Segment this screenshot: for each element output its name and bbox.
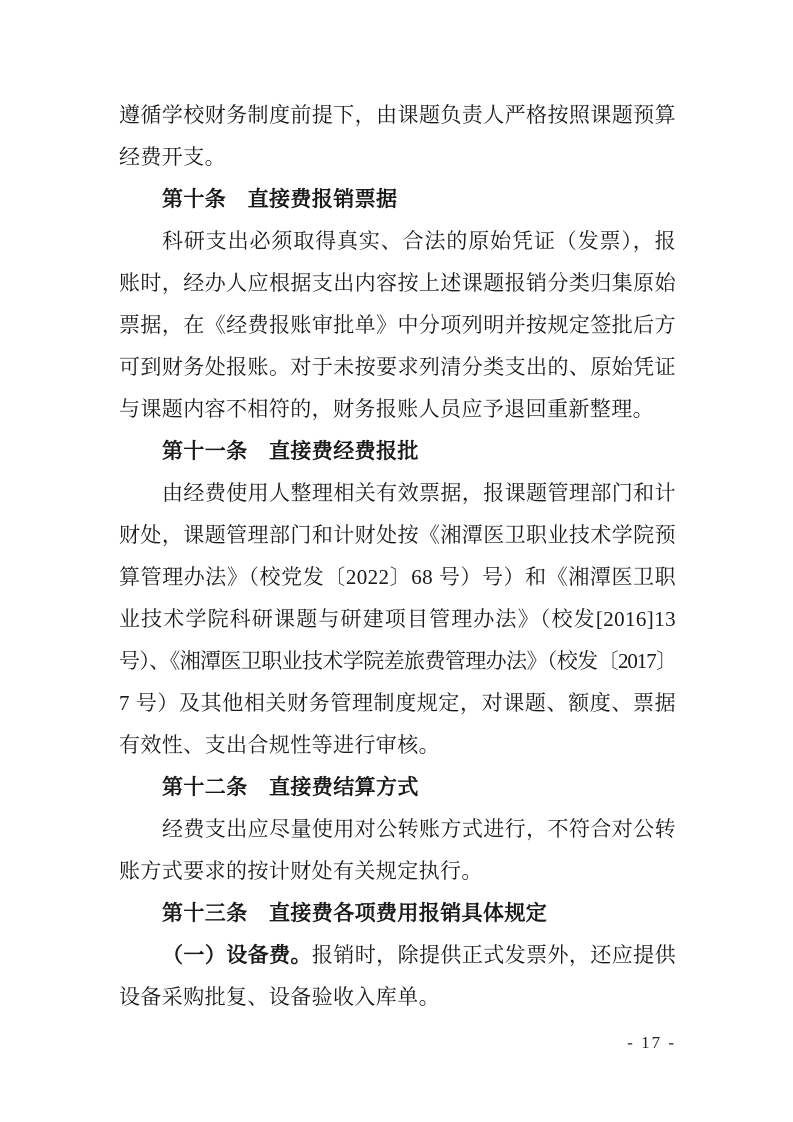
text-line: 账时，经办人应根据支出内容按上述课题报销分类归集原始 [119,262,676,304]
text-run: 设备采购批复、设备验收入库单。 [119,985,440,1009]
text-line: 设备采购批复、设备验收入库单。 [119,976,676,1018]
text-run: 财处，课题管理部门和计财处按《湘潭医卫职业技术学院预 [119,523,676,547]
text-line: 号）、《湘潭医卫职业技术学院差旅费管理办法》（校发〔2017〕 [119,640,676,682]
document-page: 遵循学校财务制度前提下，由课题负责人严格按照课题预算经费开支。第十条 直接费报销… [0,0,793,1122]
text-line: 算管理办法》（校党发〔2022〕68 号）号）和《湘潭医卫职 [119,556,676,598]
text-line: 经费支出应尽量使用对公转账方式进行，不符合对公转 [119,808,676,850]
text-line: 财处，课题管理部门和计财处按《湘潭医卫职业技术学院预 [119,514,676,556]
text-line: 科研支出必须取得真实、合法的原始凭证（发票），报 [119,220,676,262]
text-line: 第十条 直接费报销票据 [119,178,676,220]
text-run-bold: （一）设备费。 [162,943,312,967]
text-line: 可到财务处报账。对于未按要求列清分类支出的、原始凭证 [119,346,676,388]
document-body: 遵循学校财务制度前提下，由课题负责人严格按照课题预算经费开支。第十条 直接费报销… [119,94,676,1018]
text-run: 业技术学院科研课题与研建项目管理办法》（校发[2016]13 [119,607,676,631]
text-run-bold: 第十三条 直接费各项费用报销具体规定 [162,901,547,925]
text-run: 经费开支。 [119,145,226,169]
page-number: - 17 - [119,1033,676,1053]
text-run: 报销时，除提供正式发票外，还应提供 [312,943,676,967]
text-run: 遵循学校财务制度前提下，由课题负责人严格按照课题预算 [119,103,676,127]
text-run: 经费支出应尽量使用对公转账方式进行，不符合对公转 [162,817,676,841]
text-run: 由经费使用人整理相关有效票据，报课题管理部门和计 [162,481,676,505]
text-run-bold: 第十条 直接费报销票据 [162,187,397,211]
text-line: 第十三条 直接费各项费用报销具体规定 [119,892,676,934]
text-run: 有效性、支出合规性等进行审核。 [119,733,440,757]
text-run: 票据，在《经费报账审批单》中分项列明并按规定签批后方 [119,313,676,337]
text-line: 账方式要求的按计财处有关规定执行。 [119,850,676,892]
text-run: 科研支出必须取得真实、合法的原始凭证（发票），报 [162,229,676,253]
text-run: 算管理办法》（校党发〔2022〕68 号）号）和《湘潭医卫职 [119,565,676,589]
text-line: 遵循学校财务制度前提下，由课题负责人严格按照课题预算 [119,94,676,136]
text-run: 7 号）及其他相关财务管理制度规定，对课题、额度、票据 [119,691,676,715]
text-run: 账时，经办人应根据支出内容按上述课题报销分类归集原始 [119,271,676,295]
text-run: 账方式要求的按计财处有关规定执行。 [119,859,483,883]
text-run-bold: 第十一条 直接费经费报批 [162,439,419,463]
text-line: 有效性、支出合规性等进行审核。 [119,724,676,766]
text-line: 票据，在《经费报账审批单》中分项列明并按规定签批后方 [119,304,676,346]
text-line: 第十二条 直接费结算方式 [119,766,676,808]
text-line: 与课题内容不相符的，财务报账人员应予退回重新整理。 [119,388,676,430]
text-line: 7 号）及其他相关财务管理制度规定，对课题、额度、票据 [119,682,676,724]
text-run: 可到财务处报账。对于未按要求列清分类支出的、原始凭证 [119,355,676,379]
text-run: 号）、《湘潭医卫职业技术学院差旅费管理办法》（校发〔2017〕 [119,649,676,673]
text-run-bold: 第十二条 直接费结算方式 [162,775,419,799]
text-line: 第十一条 直接费经费报批 [119,430,676,472]
text-line: 由经费使用人整理相关有效票据，报课题管理部门和计 [119,472,676,514]
text-line: 业技术学院科研课题与研建项目管理办法》（校发[2016]13 [119,598,676,640]
text-line: 经费开支。 [119,136,676,178]
text-line: （一）设备费。报销时，除提供正式发票外，还应提供 [119,934,676,976]
text-run: 与课题内容不相符的，财务报账人员应予退回重新整理。 [119,397,654,421]
